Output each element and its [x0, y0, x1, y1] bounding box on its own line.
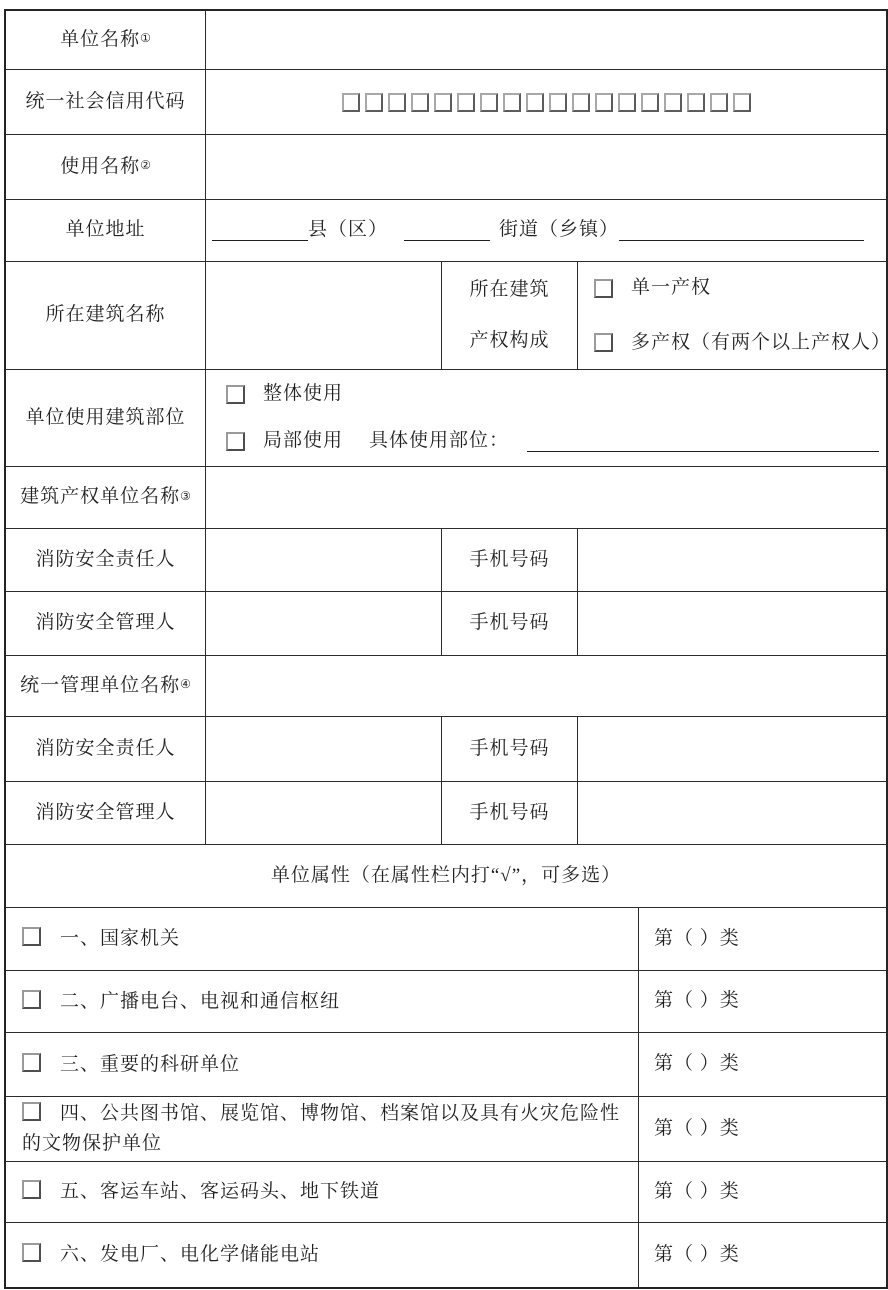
unit-address-label-text: 单位地址	[65, 218, 145, 243]
attribute-item-1: 一、国家机关	[6, 908, 639, 971]
attribute-item-2-flow: 二、广播电台、电视和通信枢纽	[22, 987, 624, 1017]
fire-resp-1-phone-label: 手机号码	[442, 529, 578, 592]
partial-detail-blank-line[interactable]	[527, 431, 879, 452]
multi-ownership-checkbox[interactable]	[594, 333, 613, 352]
code-box[interactable]	[687, 93, 705, 112]
fire-resp-2-label-text: 消防安全责任人	[35, 737, 175, 762]
fire-resp-1-phone-cell[interactable]	[578, 529, 886, 592]
unit-name-label: 单位名称①	[6, 11, 206, 70]
use-name-label-text: 使用名称	[60, 155, 140, 180]
attribute-item-6-flow: 六、发电厂、电化学储能电站	[22, 1240, 624, 1270]
attribute-1-class-label: 第（ ）类	[654, 927, 740, 952]
code-box[interactable]	[641, 93, 659, 112]
attribute-3-class-label: 第（ ）类	[654, 1052, 740, 1077]
fire-resp-1-label-text: 消防安全责任人	[35, 548, 175, 573]
fire-mgr-2-name-cell[interactable]	[206, 782, 442, 845]
use-part-label-text: 单位使用建筑部位	[25, 406, 185, 431]
unit-address-label: 单位地址	[6, 200, 206, 262]
building-name-label-text: 所在建筑名称	[45, 303, 165, 328]
attribute-1-class-cell[interactable]: 第（ ）类	[639, 908, 886, 971]
code-box[interactable]	[526, 93, 544, 112]
fire-mgr-1-label: 消防安全管理人	[6, 592, 206, 656]
fire-mgr-1-label-text: 消防安全管理人	[35, 611, 175, 636]
code-box[interactable]	[411, 93, 429, 112]
fire-resp-2-phone-label-text: 手机号码	[469, 737, 549, 762]
unit-name-label-text: 单位名称	[60, 28, 140, 53]
code-box[interactable]	[572, 93, 590, 112]
code-box[interactable]	[503, 93, 521, 112]
attribute-3-label: 三、重要的科研单位	[60, 1054, 240, 1075]
ownership-label-line1: 所在建筑	[469, 278, 549, 303]
ownership-structure-label: 所在建筑 产权构成	[442, 262, 578, 370]
partial-use-option: 局部使用 具体使用部位：	[206, 429, 886, 454]
unit-attributes-header-text: 单位属性（在属性栏内打“√”，可多选）	[271, 864, 621, 889]
attribute-item-2: 二、广播电台、电视和通信枢纽	[6, 971, 639, 1033]
attribute-6-class-cell[interactable]: 第（ ）类	[639, 1223, 886, 1287]
address-detail-blank-line[interactable]	[619, 220, 864, 241]
fire-mgr-2-phone-label-text: 手机号码	[469, 801, 549, 826]
partial-detail-label: 具体使用部位：	[369, 429, 509, 454]
attribute-2-checkbox[interactable]	[22, 990, 41, 1009]
attribute-4-label: 四、公共图书馆、展览馆、博物馆、档案馆以及具有火灾危险性的文物保护单位	[22, 1103, 620, 1154]
use-name-label: 使用名称②	[6, 135, 206, 200]
code-box[interactable]	[388, 93, 406, 112]
unit-info-table: 单位名称① 统一社会信用代码 使用名称② 单位地址 县（区）街道（乡镇） 所在建…	[4, 9, 888, 1289]
attribute-4-checkbox[interactable]	[22, 1102, 41, 1121]
attribute-5-label: 五、客运车站、客运码头、地下铁道	[60, 1181, 380, 1202]
unit-attributes-header: 单位属性（在属性栏内打“√”，可多选）	[6, 845, 886, 908]
code-box[interactable]	[480, 93, 498, 112]
street-blank-line[interactable]	[404, 220, 490, 241]
fire-mgr-2-phone-label: 手机号码	[442, 782, 578, 845]
code-box[interactable]	[664, 93, 682, 112]
code-box[interactable]	[434, 93, 452, 112]
attribute-2-label: 二、广播电台、电视和通信枢纽	[60, 991, 340, 1012]
credit-code-label-text: 统一社会信用代码	[25, 90, 185, 115]
owner-unit-label: 建筑产权单位名称③	[6, 467, 206, 529]
whole-use-label: 整体使用	[263, 382, 343, 407]
mgmt-unit-input-cell[interactable]	[206, 656, 886, 717]
fire-mgr-2-phone-cell[interactable]	[578, 782, 886, 845]
fire-mgr-2-label: 消防安全管理人	[6, 782, 206, 845]
partial-use-label: 局部使用	[263, 429, 343, 454]
whole-use-option: 整体使用	[206, 382, 886, 407]
code-box[interactable]	[457, 93, 475, 112]
single-ownership-label: 单一产权	[631, 276, 711, 301]
fire-mgr-1-phone-cell[interactable]	[578, 592, 886, 656]
attribute-3-checkbox[interactable]	[22, 1053, 41, 1072]
fire-resp-2-label: 消防安全责任人	[6, 717, 206, 782]
owner-unit-label-text: 建筑产权单位名称	[20, 485, 180, 510]
fire-resp-2-name-cell[interactable]	[206, 717, 442, 782]
attribute-1-checkbox[interactable]	[22, 927, 41, 946]
unit-name-input-cell[interactable]	[206, 11, 886, 70]
county-blank-line[interactable]	[212, 220, 308, 241]
fire-resp-1-label: 消防安全责任人	[6, 529, 206, 592]
fire-mgr-1-phone-label-text: 手机号码	[469, 611, 549, 636]
attribute-item-5: 五、客运车站、客运码头、地下铁道	[6, 1162, 639, 1223]
attribute-item-4: 四、公共图书馆、展览馆、博物馆、档案馆以及具有火灾危险性的文物保护单位	[6, 1097, 639, 1162]
fire-mgr-1-name-cell[interactable]	[206, 592, 442, 656]
attribute-1-label: 一、国家机关	[60, 928, 180, 949]
attribute-5-class-label: 第（ ）类	[654, 1180, 740, 1205]
fire-mgr-1-phone-label: 手机号码	[442, 592, 578, 656]
use-name-input-cell[interactable]	[206, 135, 886, 200]
credit-code-label: 统一社会信用代码	[6, 70, 206, 135]
attribute-item-3: 三、重要的科研单位	[6, 1033, 639, 1097]
mgmt-unit-label: 统一管理单位名称④	[6, 656, 206, 717]
multi-ownership-option: 多产权（有两个以上产权人）	[578, 331, 886, 356]
attribute-item-6: 六、发电厂、电化学储能电站	[6, 1223, 639, 1287]
attribute-item-5-flow: 五、客运车站、客运码头、地下铁道	[22, 1177, 624, 1207]
attribute-item-4-flow: 四、公共图书馆、展览馆、博物馆、档案馆以及具有火灾危险性的文物保护单位	[22, 1099, 624, 1159]
code-box[interactable]	[595, 93, 613, 112]
code-box[interactable]	[342, 93, 360, 112]
attribute-3-class-cell[interactable]: 第（ ）类	[639, 1033, 886, 1097]
unit-address-input-cell: 县（区）街道（乡镇）	[206, 200, 886, 262]
attribute-6-checkbox[interactable]	[22, 1243, 41, 1262]
whole-use-checkbox[interactable]	[226, 385, 245, 404]
county-suffix: 县（区）	[308, 218, 388, 243]
use-part-label: 单位使用建筑部位	[6, 370, 206, 467]
attribute-2-class-cell[interactable]: 第（ ）类	[639, 971, 886, 1033]
code-box[interactable]	[733, 93, 751, 112]
fire-resp-2-phone-label: 手机号码	[442, 717, 578, 782]
registration-form-page: 单位名称① 统一社会信用代码 使用名称② 单位地址 县（区）街道（乡镇） 所在建…	[0, 0, 888, 1290]
single-ownership-checkbox[interactable]	[594, 279, 613, 298]
street-suffix: 街道（乡镇）	[499, 218, 619, 243]
attribute-5-class-cell[interactable]: 第（ ）类	[639, 1162, 886, 1223]
code-box[interactable]	[710, 93, 728, 112]
attribute-4-class-label: 第（ ）类	[654, 1117, 740, 1142]
fire-mgr-2-label-text: 消防安全管理人	[35, 801, 175, 826]
code-box[interactable]	[549, 93, 567, 112]
code-box[interactable]	[365, 93, 383, 112]
attribute-6-class-label: 第（ ）类	[654, 1243, 740, 1268]
fire-resp-1-name-cell[interactable]	[206, 529, 442, 592]
credit-code-boxes[interactable]	[342, 93, 751, 112]
building-name-input-cell[interactable]	[206, 262, 442, 370]
ownership-options-cell: 单一产权 多产权（有两个以上产权人）	[578, 262, 886, 370]
code-box[interactable]	[618, 93, 636, 112]
multi-ownership-label: 多产权（有两个以上产权人）	[631, 331, 886, 356]
attribute-2-class-label: 第（ ）类	[654, 989, 740, 1014]
mgmt-unit-label-text: 统一管理单位名称	[20, 674, 180, 699]
partial-use-checkbox[interactable]	[226, 432, 245, 451]
single-ownership-option: 单一产权	[578, 276, 886, 301]
attribute-item-1-flow: 一、国家机关	[22, 924, 624, 954]
building-name-label: 所在建筑名称	[6, 262, 206, 370]
fire-resp-1-phone-label-text: 手机号码	[469, 548, 549, 573]
attribute-5-checkbox[interactable]	[22, 1180, 41, 1199]
owner-unit-input-cell[interactable]	[206, 467, 886, 529]
fire-resp-2-phone-cell[interactable]	[578, 717, 886, 782]
attribute-4-class-cell[interactable]: 第（ ）类	[639, 1097, 886, 1162]
attribute-item-3-flow: 三、重要的科研单位	[22, 1050, 624, 1080]
use-part-options-cell: 整体使用 局部使用 具体使用部位：	[206, 370, 886, 467]
credit-code-input-cell[interactable]	[206, 70, 886, 135]
attribute-6-label: 六、发电厂、电化学储能电站	[60, 1244, 320, 1265]
ownership-label-line2: 产权构成	[469, 329, 549, 354]
